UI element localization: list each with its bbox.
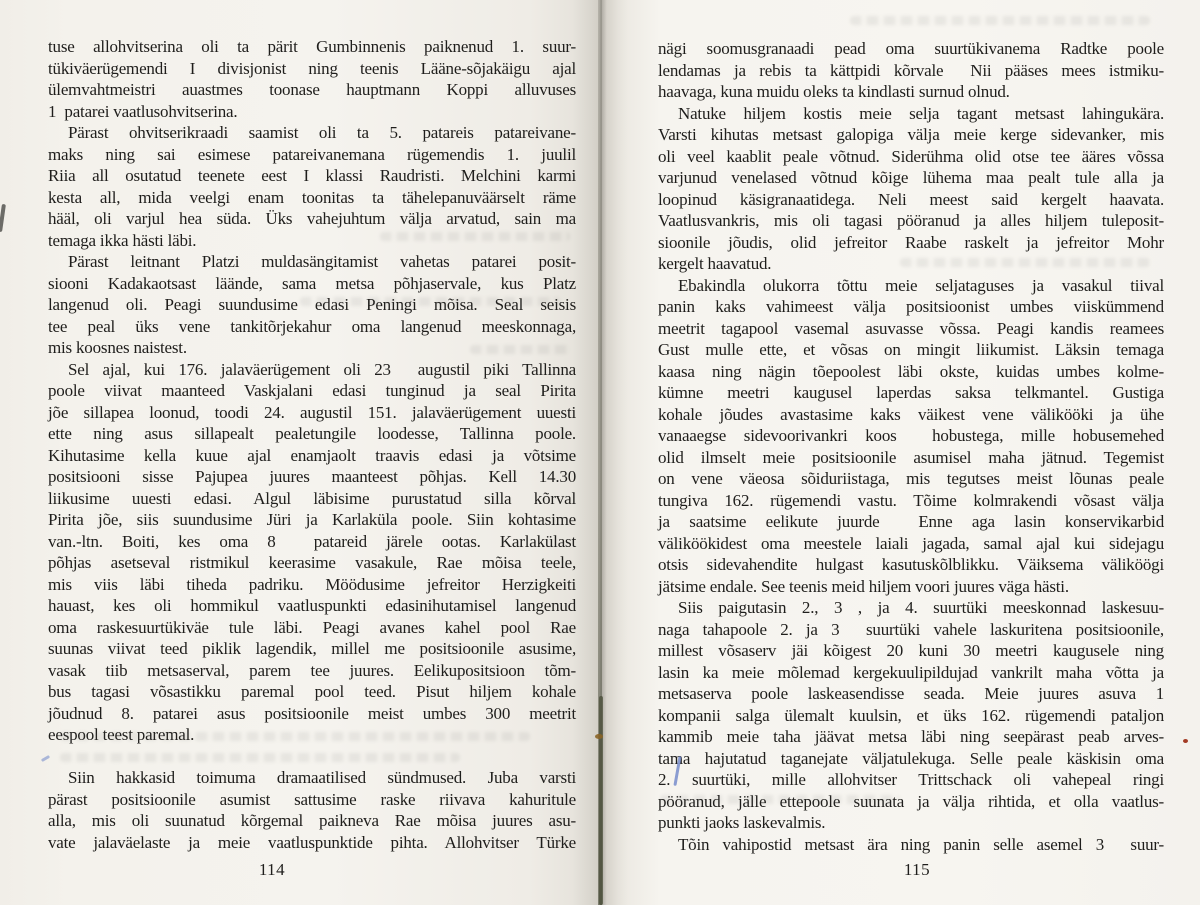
page-right: nägi soomusgranaadi pead oma suurtükivan… xyxy=(600,0,1200,905)
text-line: kümne meetri kaugusel laperdas saksa tel… xyxy=(658,382,1164,404)
text-line: kohale jõudes avastasime kaks väikest ve… xyxy=(658,404,1164,426)
text-line: hääl, oli varjul hea süda. Üks vahejuhtu… xyxy=(48,208,576,230)
text-line: lasin ka meie mõlemad kergekuulipildujad… xyxy=(658,662,1164,684)
text-line: Riia all osutatud teenete eest I klassi … xyxy=(48,165,576,187)
print-showthrough xyxy=(850,16,1150,25)
text-line: lendamas ja rebis ta kättpidi kõrvale Ni… xyxy=(658,60,1164,82)
text-line: oma raskesuurtükiväe tule läbi. Peagi av… xyxy=(48,617,576,639)
text-line: vasak tiib metsaserval, parem tee juures… xyxy=(48,660,576,682)
text-line: maks ning sai esimese patareivanemana rü… xyxy=(48,144,576,166)
text-line: bus tagasi võsastikku paremal pool teed.… xyxy=(48,681,576,703)
paragraph: Tõin vahipostid metsast ära ning panin s… xyxy=(658,834,1164,856)
text-line: tee peal üks vene tankitõrjekahur oma la… xyxy=(48,316,576,338)
text-line: väliköökidest oma meestele laiali jagada… xyxy=(658,533,1164,555)
text-line: alla, mis oli suunatud kõrgemal paikneva… xyxy=(48,810,576,832)
text-line: kaasa ning nägin tõepoolest läbi okste, … xyxy=(658,361,1164,383)
text-line: jõudnud 8. patarei asus positsioonile me… xyxy=(48,703,576,725)
text-line: hauast, kes oli hommikul vaatluspunkti e… xyxy=(48,595,576,617)
text-line: põhjas asetseval ristmikul keerasime vas… xyxy=(48,552,576,574)
paragraph: Siis paigutasin 2., 3 , ja 4. suurtüki m… xyxy=(658,597,1164,834)
spine-gutter-dark-line xyxy=(599,696,603,905)
text-line: vanaaegse sidevoorivankri koos hobustega… xyxy=(658,425,1164,447)
text-line: van.-ltn. Boiti, kes oma 8 patareid järe… xyxy=(48,531,576,553)
text-line: ette ning asus sillapealt pealetungile l… xyxy=(48,423,576,445)
text-line: Siin hakkasid toimuma dramaatilised sünd… xyxy=(48,767,576,789)
text-line: siooni Kadakaotsast läände, sama metsa p… xyxy=(48,273,576,295)
text-line: ja saatsime eelikute juurde Enne aga las… xyxy=(658,511,1164,533)
text-line: Vaatlusvankris, mis oli tagasi pööranud … xyxy=(658,210,1164,232)
text-line: Kihutasime kella kuue ajal enamjaolt tra… xyxy=(48,445,576,467)
text-line: kesta all, mida veelgi enam toonitas ta … xyxy=(48,187,576,209)
text-line: varjunud venelased võtnud kõige lühema m… xyxy=(658,167,1164,189)
text-line: mis koosnes naistest. xyxy=(48,337,576,359)
paragraph: tuse allohvitserina oli ta pärit Gumbinn… xyxy=(48,36,576,122)
red-speck xyxy=(1183,739,1188,743)
text-line: jõe sillapea loonud, toodi 24. augustil … xyxy=(48,402,576,424)
text-line: kergelt haavatud. xyxy=(658,253,1164,275)
text-line: langenud oli. Peagi suundusime edasi Pen… xyxy=(48,294,576,316)
text-line: naga tahapoole 2. ja 3 suurtüki vahele l… xyxy=(658,619,1164,641)
text-line: Tõin vahipostid metsast ära ning panin s… xyxy=(658,834,1164,856)
text-line: sioonile jõudis, olid jefreitor Raabe ra… xyxy=(658,232,1164,254)
text-line: Ebakindla olukorra tõttu meie seljatagus… xyxy=(658,275,1164,297)
page-right-number: 115 xyxy=(877,860,957,880)
text-line: Varsti kihutas metsast galopiga välja me… xyxy=(658,124,1164,146)
text-line: tükiväerügemendi I divisjonist ning teen… xyxy=(48,58,576,80)
text-line: positsiooni sisse Pajupea juures maantee… xyxy=(48,466,576,488)
paragraph: Pärast ohvitserikraadi saamist oli ta 5.… xyxy=(48,122,576,251)
text-line: eespool teest paremal. xyxy=(48,724,576,746)
text-line: kompanii salga ülemalt kuulsin, et üks 1… xyxy=(658,705,1164,727)
paragraph: Natuke hiljem kostis meie selja tagant m… xyxy=(658,103,1164,275)
text-line: suunas viivat teed piklik lagendik, mill… xyxy=(48,638,576,660)
text-line: punkti jaoks laskevalmis. xyxy=(658,812,1164,834)
text-line: liikusime uuesti edasi. Algul läbisime p… xyxy=(48,488,576,510)
text-line: olid ilmselt meie positsioonile asumisel… xyxy=(658,447,1164,469)
text-line: oli veel kaablit peale võtnud. Siderühma… xyxy=(658,146,1164,168)
text-line: temaga ikka hästi läbi. xyxy=(48,230,576,252)
text-line: Gust mulle ette, et võsas on mingit liik… xyxy=(658,339,1164,361)
paragraph: Pärast leitnant Platzi muldasängitamist … xyxy=(48,251,576,359)
page-left-text: tuse allohvitserina oli ta pärit Gumbinn… xyxy=(48,36,576,853)
text-line: poole viivat maanteed Vaskjalani edasi t… xyxy=(48,380,576,402)
text-line: 1 patarei vaatlusohvitserina. xyxy=(48,101,576,123)
text-line: on vene väeosa sõiduriistaga, mis teguts… xyxy=(658,468,1164,490)
text-line: Pirita jõe, siis suundusime Jüri ja Karl… xyxy=(48,509,576,531)
text-line: Pärast leitnant Platzi muldasängitamist … xyxy=(48,251,576,273)
page-right-text: nägi soomusgranaadi pead oma suurtükivan… xyxy=(658,38,1164,855)
page-left-number: 114 xyxy=(232,860,312,880)
text-line: meetrit tagapool vasemal asuvasse võssa.… xyxy=(658,318,1164,340)
text-line: tuse allohvitserina oli ta pärit Gumbinn… xyxy=(48,36,576,58)
text-line: millest võsaserv jäi kõigest 20 kuni 30 … xyxy=(658,640,1164,662)
text-line: mis viis läbi tiheda padriku. Möödusime … xyxy=(48,574,576,596)
text-line: tungiva 162. rügemendi vastu. Tõime kolm… xyxy=(658,490,1164,512)
text-line: haavaga, kuna muidu oleks ta kindlasti s… xyxy=(658,81,1164,103)
text-line: 2. suurtüki, mille allohvitser Trittscha… xyxy=(658,769,1164,791)
text-line: ülemvahtmeistri auastmes toonase hauptma… xyxy=(48,79,576,101)
text-line: Siis paigutasin 2., 3 , ja 4. suurtüki m… xyxy=(658,597,1164,619)
text-line: panin kaks vahimeest välja positsioonist… xyxy=(658,296,1164,318)
gutter-speck xyxy=(595,734,603,739)
text-line: metsaserva poole laskeasendisse seada. M… xyxy=(658,683,1164,705)
page-left: tuse allohvitserina oli ta pärit Gumbinn… xyxy=(0,0,600,905)
text-line: tama hajutatud taganejate väljatulekuga.… xyxy=(658,748,1164,770)
paragraph: Siin hakkasid toimuma dramaatilised sünd… xyxy=(48,767,576,853)
text-line: vate jalaväelaste ja meie vaatluspunktid… xyxy=(48,832,576,854)
paragraph: Sel ajal, kui 176. jalaväerügement oli 2… xyxy=(48,359,576,746)
paragraph: Ebakindla olukorra tõttu meie seljatagus… xyxy=(658,275,1164,598)
text-line: jätsime endale. See teenis meid hiljem v… xyxy=(658,576,1164,598)
text-line: kammib meie taha jäävat metsa läbi ning … xyxy=(658,726,1164,748)
text-line: pööranud, jälle ettepoole suunata ja väl… xyxy=(658,791,1164,813)
text-line: otsis sidevahendite hulgast kasutuskõlbl… xyxy=(658,554,1164,576)
text-line: Natuke hiljem kostis meie selja tagant m… xyxy=(658,103,1164,125)
book-spread: tuse allohvitserina oli ta pärit Gumbinn… xyxy=(0,0,1200,905)
text-line: Pärast ohvitserikraadi saamist oli ta 5.… xyxy=(48,122,576,144)
text-line: nägi soomusgranaadi pead oma suurtükivan… xyxy=(658,38,1164,60)
text-line: Sel ajal, kui 176. jalaväerügement oli 2… xyxy=(48,359,576,381)
paragraph: nägi soomusgranaadi pead oma suurtükivan… xyxy=(658,38,1164,103)
text-line: loopinud käsigranaatidega. Neli meest sa… xyxy=(658,189,1164,211)
text-line: pärast positsioonile asumist sattusime r… xyxy=(48,789,576,811)
